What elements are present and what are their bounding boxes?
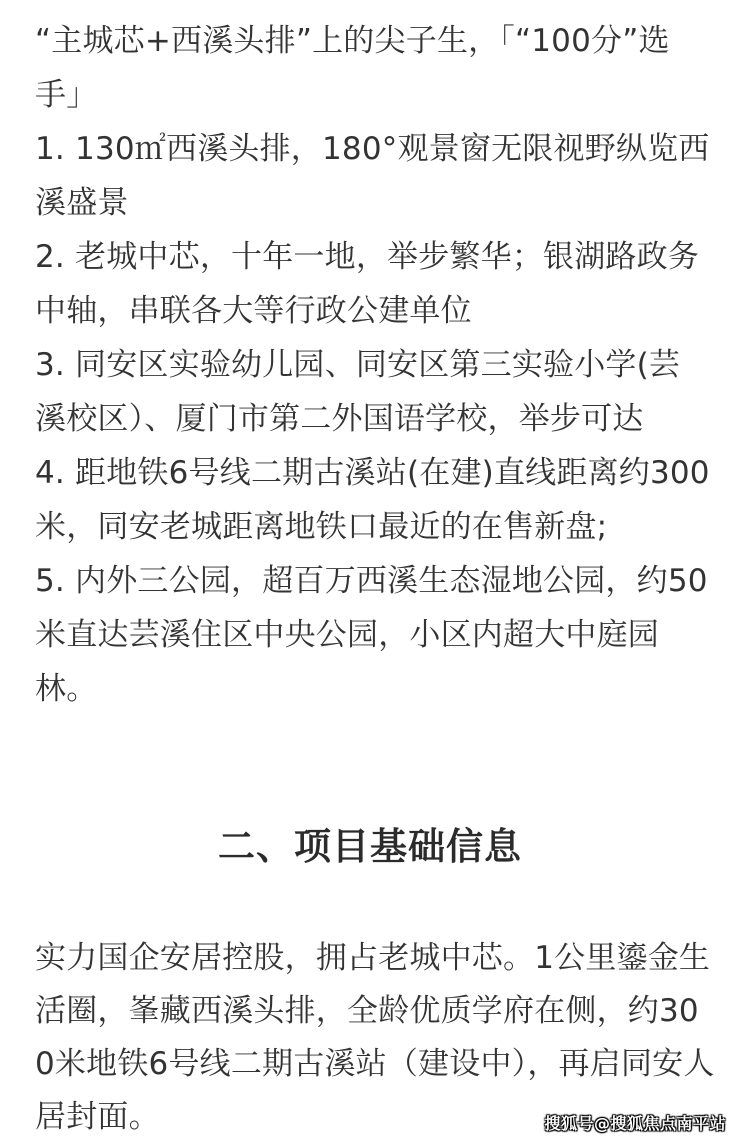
watermark: 搜狐号@搜狐焦点南平站	[544, 1111, 726, 1134]
section-heading: 二、项目基础信息	[0, 816, 740, 870]
highlight-item-3: 3. 同安区实验幼儿园、同安区第三实验小学(芸溪校区）、厦门市第二外国语学校，举…	[35, 338, 710, 446]
highlight-item-1: 1. 130㎡西溪头排，180°观景窗无限视野纵览西溪盛景	[35, 122, 710, 230]
highlight-item-2: 2. 老城中芯，十年一地，举步繁华；银湖路政务中轴，串联各大等行政公建单位	[35, 230, 710, 338]
highlights-block: “主城芯+西溪头排”上的尖子生，「“100分”选手」 1. 130㎡西溪头排，1…	[35, 14, 710, 716]
highlight-item-5: 5. 内外三公园，超百万西溪生态湿地公园，约50米直达芸溪住区中央公园，小区内超…	[35, 554, 710, 716]
intro-paragraph: “主城芯+西溪头排”上的尖子生，「“100分”选手」	[35, 14, 710, 122]
highlight-item-4: 4. 距地铁6号线二期古溪站(在建)直线距离约300米，同安老城距离地铁口最近的…	[35, 446, 710, 554]
